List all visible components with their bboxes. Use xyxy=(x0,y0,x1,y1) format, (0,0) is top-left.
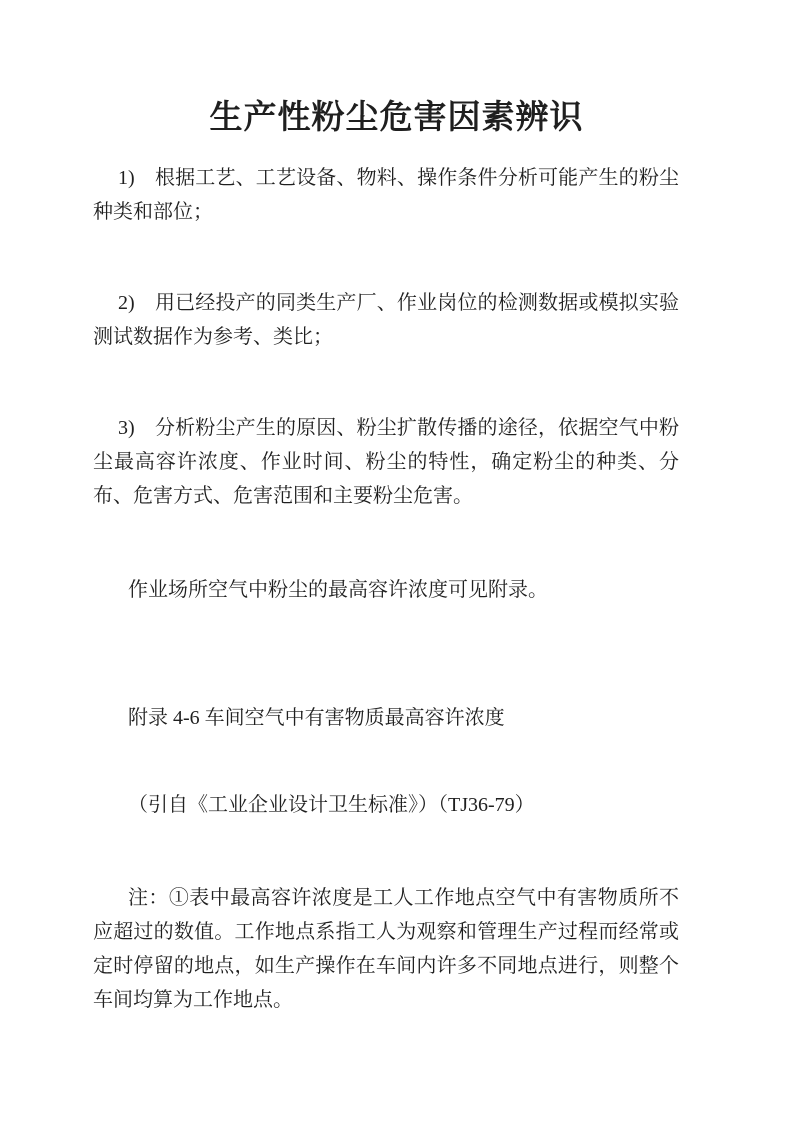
document-body: 1) 根据工艺、工艺设备、物料、操作条件分析可能产生的粉尘种类和部位； 2) 用… xyxy=(0,161,793,1017)
citation-line: （引自《工业企业设计卫生标准》）（TJ36-79） xyxy=(93,788,679,822)
appendix-heading: 附录 4-6 车间空气中有害物质最高容许浓度 xyxy=(93,701,679,735)
note-paragraph: 注：①表中最高容许浓度是工人工作地点空气中有害物质所不应超过的数值。工作地点系指… xyxy=(93,881,679,1017)
document-page: 生产性粉尘危害因素辨识 1) 根据工艺、工艺设备、物料、操作条件分析可能产生的粉… xyxy=(0,0,793,1122)
numbered-item-3: 3) 分析粉尘产生的原因、粉尘扩散传播的途径，依据空气中粉尘最高容许浓度、作业时… xyxy=(93,411,679,513)
numbered-item-2: 2) 用已经投产的同类生产厂、作业岗位的检测数据或模拟实验测试数据作为参考、类比… xyxy=(93,286,679,354)
document-title: 生产性粉尘危害因素辨识 xyxy=(0,97,793,139)
numbered-item-1: 1) 根据工艺、工艺设备、物料、操作条件分析可能产生的粉尘种类和部位； xyxy=(93,161,679,229)
appendix-reference-paragraph: 作业场所空气中粉尘的最高容许浓度可见附录。 xyxy=(93,573,679,607)
